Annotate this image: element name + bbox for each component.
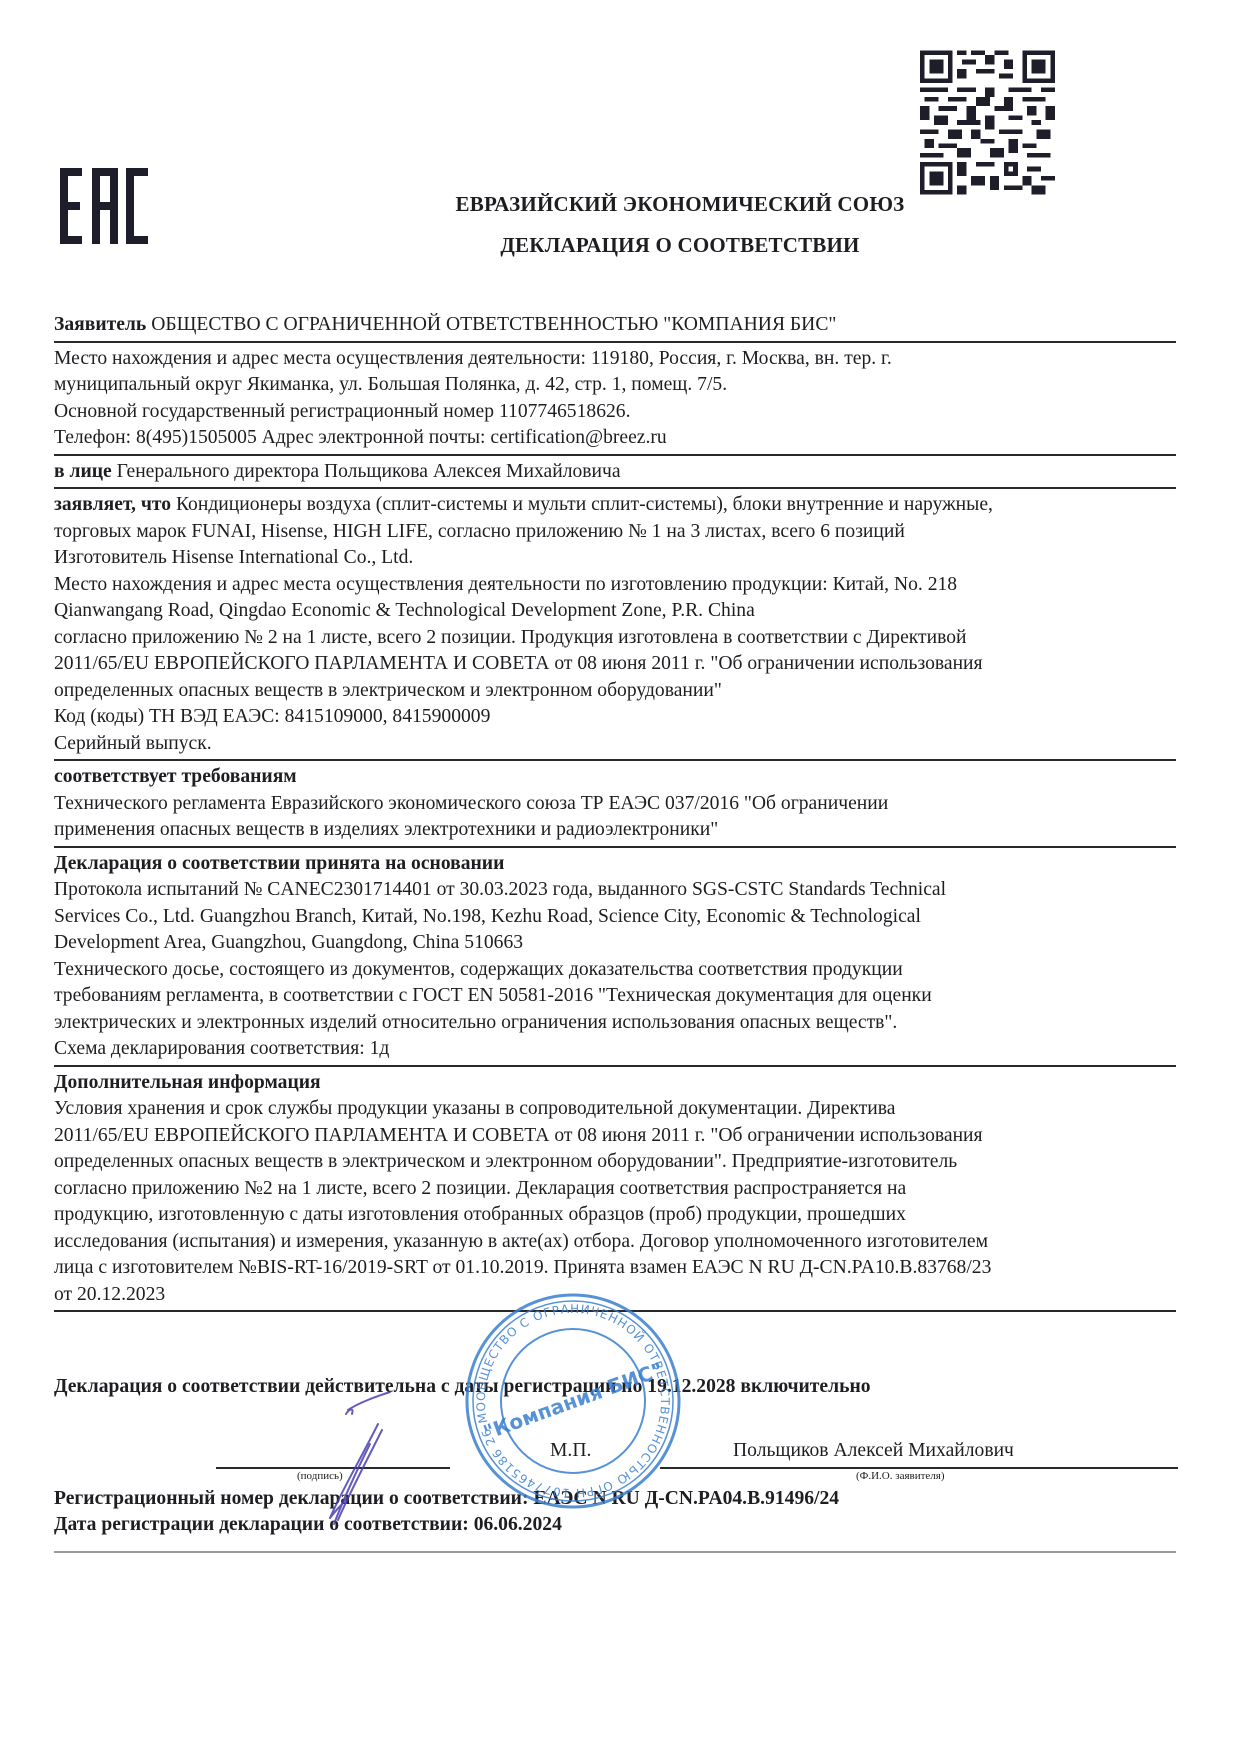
complies-line: Технического регламента Евразийского эко… <box>54 791 1176 818</box>
applicant-line: Заявитель ОБЩЕСТВО С ОГРАНИЧЕННОЙ ОТВЕТС… <box>54 312 1176 339</box>
additional-line: исследования (испытания) и измерения, ук… <box>54 1229 1176 1256</box>
serial-production: Серийный выпуск. <box>54 731 1176 758</box>
declares-section: заявляет, что Кондиционеры воздуха (спли… <box>54 492 1176 761</box>
basis-line: требованиям регламента, в соответствии с… <box>54 983 1176 1010</box>
address-line: Место нахождения и адрес места осуществл… <box>54 346 1176 373</box>
basis-line: электрических и электронных изделий отно… <box>54 1010 1176 1037</box>
basis-section: Декларация о соответствии принята на осн… <box>54 851 1176 1067</box>
representative-section: в лице Генерального директора Польщикова… <box>54 459 1176 490</box>
qr-code-icon[interactable] <box>920 50 1055 195</box>
basis-line: Протокола испытаний № CANEC2301714401 от… <box>54 877 1176 904</box>
handwritten-signature-icon <box>290 1380 430 1530</box>
signer-name: Польщиков Алексей Михайлович <box>733 1440 1014 1462</box>
declaration-scheme: Схема декларирования соответствия: 1д <box>54 1036 1176 1063</box>
additional-line: определенных опасных веществ в электриче… <box>54 1149 1176 1176</box>
additional-line: согласно приложению №2 на 1 листе, всего… <box>54 1176 1176 1203</box>
declares-line: 2011/65/EU ЕВРОПЕЙСКОГО ПАРЛАМЕНТА И СОВ… <box>54 651 1176 678</box>
ogrn-line: Основной государственный регистрационный… <box>54 399 1176 426</box>
additional-section: Дополнительная информация Условия хранен… <box>54 1070 1176 1313</box>
basis-line: Development Area, Guangzhou, Guangdong, … <box>54 930 1176 957</box>
complies-line: применения опасных веществ в изделиях эл… <box>54 817 1176 844</box>
contacts-line: Телефон: 8(495)1505005 Адрес электронной… <box>54 425 1176 452</box>
registration-date-value: 06.06.2024 <box>474 1514 562 1535</box>
complies-heading: соответствует требованиям <box>54 766 297 787</box>
additional-line: Условия хранения и срок службы продукции… <box>54 1096 1176 1123</box>
applicant-address-section: Место нахождения и адрес места осуществл… <box>54 346 1176 456</box>
registration-number: Регистрационный номер декларации о соотв… <box>54 1488 839 1510</box>
declaration-body: Заявитель ОБЩЕСТВО С ОГРАНИЧЕННОЙ ОТВЕТС… <box>54 312 1176 1315</box>
tn-ved-codes: Код (коды) ТН ВЭД ЕАЭС: 8415109000, 8415… <box>54 704 1176 731</box>
page-title: ДЕКЛАРАЦИЯ О СООТВЕТСТВИИ <box>60 233 1240 258</box>
declares-line: согласно приложению № 2 на 1 листе, всег… <box>54 625 1176 652</box>
declares-line: торговых марок FUNAI, Hisense, HIGH LIFE… <box>54 519 1176 546</box>
declares-label: заявляет, что <box>54 494 171 515</box>
address-line: муниципальный округ Якиманка, ул. Больша… <box>54 372 1176 399</box>
additional-line: лица с изготовителем №BIS-RT-16/2019-SRT… <box>54 1255 1176 1282</box>
bottom-divider <box>54 1551 1176 1553</box>
applicant-section: Заявитель ОБЩЕСТВО С ОГРАНИЧЕННОЙ ОТВЕТС… <box>54 312 1176 343</box>
basis-line: Services Co., Ltd. Guangzhou Branch, Кит… <box>54 904 1176 931</box>
applicant-name: ОБЩЕСТВО С ОГРАНИЧЕННОЙ ОТВЕТСТВЕННОСТЬЮ… <box>151 314 836 335</box>
basis-heading: Декларация о соответствии принята на осн… <box>54 853 504 874</box>
declares-line: Qianwangang Road, Qingdao Economic & Tec… <box>54 598 1176 625</box>
company-stamp-icon: ОБЩЕСТВО С ОГРАНИЧЕННОЙ ОТВЕТСТВЕННОСТЬЮ… <box>462 1290 684 1512</box>
additional-line: 2011/65/EU ЕВРОПЕЙСКОГО ПАРЛАМЕНТА И СОВ… <box>54 1123 1176 1150</box>
basis-line: Технического досье, состоящего из докуме… <box>54 957 1176 984</box>
signer-name-line <box>660 1467 1178 1469</box>
additional-heading: Дополнительная информация <box>54 1072 321 1093</box>
product-description: Кондиционеры воздуха (сплит-системы и му… <box>176 494 993 515</box>
union-title: ЕВРАЗИЙСКИЙ ЭКОНОМИЧЕСКИЙ СОЮЗ <box>60 192 1240 217</box>
declares-line: Место нахождения и адрес места осуществл… <box>54 572 1176 599</box>
signer-caption: (Ф.И.О. заявителя) <box>856 1470 945 1482</box>
declares-line: определенных опасных веществ в электриче… <box>54 678 1176 705</box>
complies-section: соответствует требованиям Технического р… <box>54 764 1176 848</box>
manufacturer-line: Изготовитель Hisense International Co., … <box>54 545 1176 572</box>
additional-line: продукцию, изготовленную с даты изготовл… <box>54 1202 1176 1229</box>
representative-label: в лице <box>54 461 112 482</box>
applicant-label: Заявитель <box>54 314 146 335</box>
representative-text: Генерального директора Польщикова Алексе… <box>117 461 621 482</box>
